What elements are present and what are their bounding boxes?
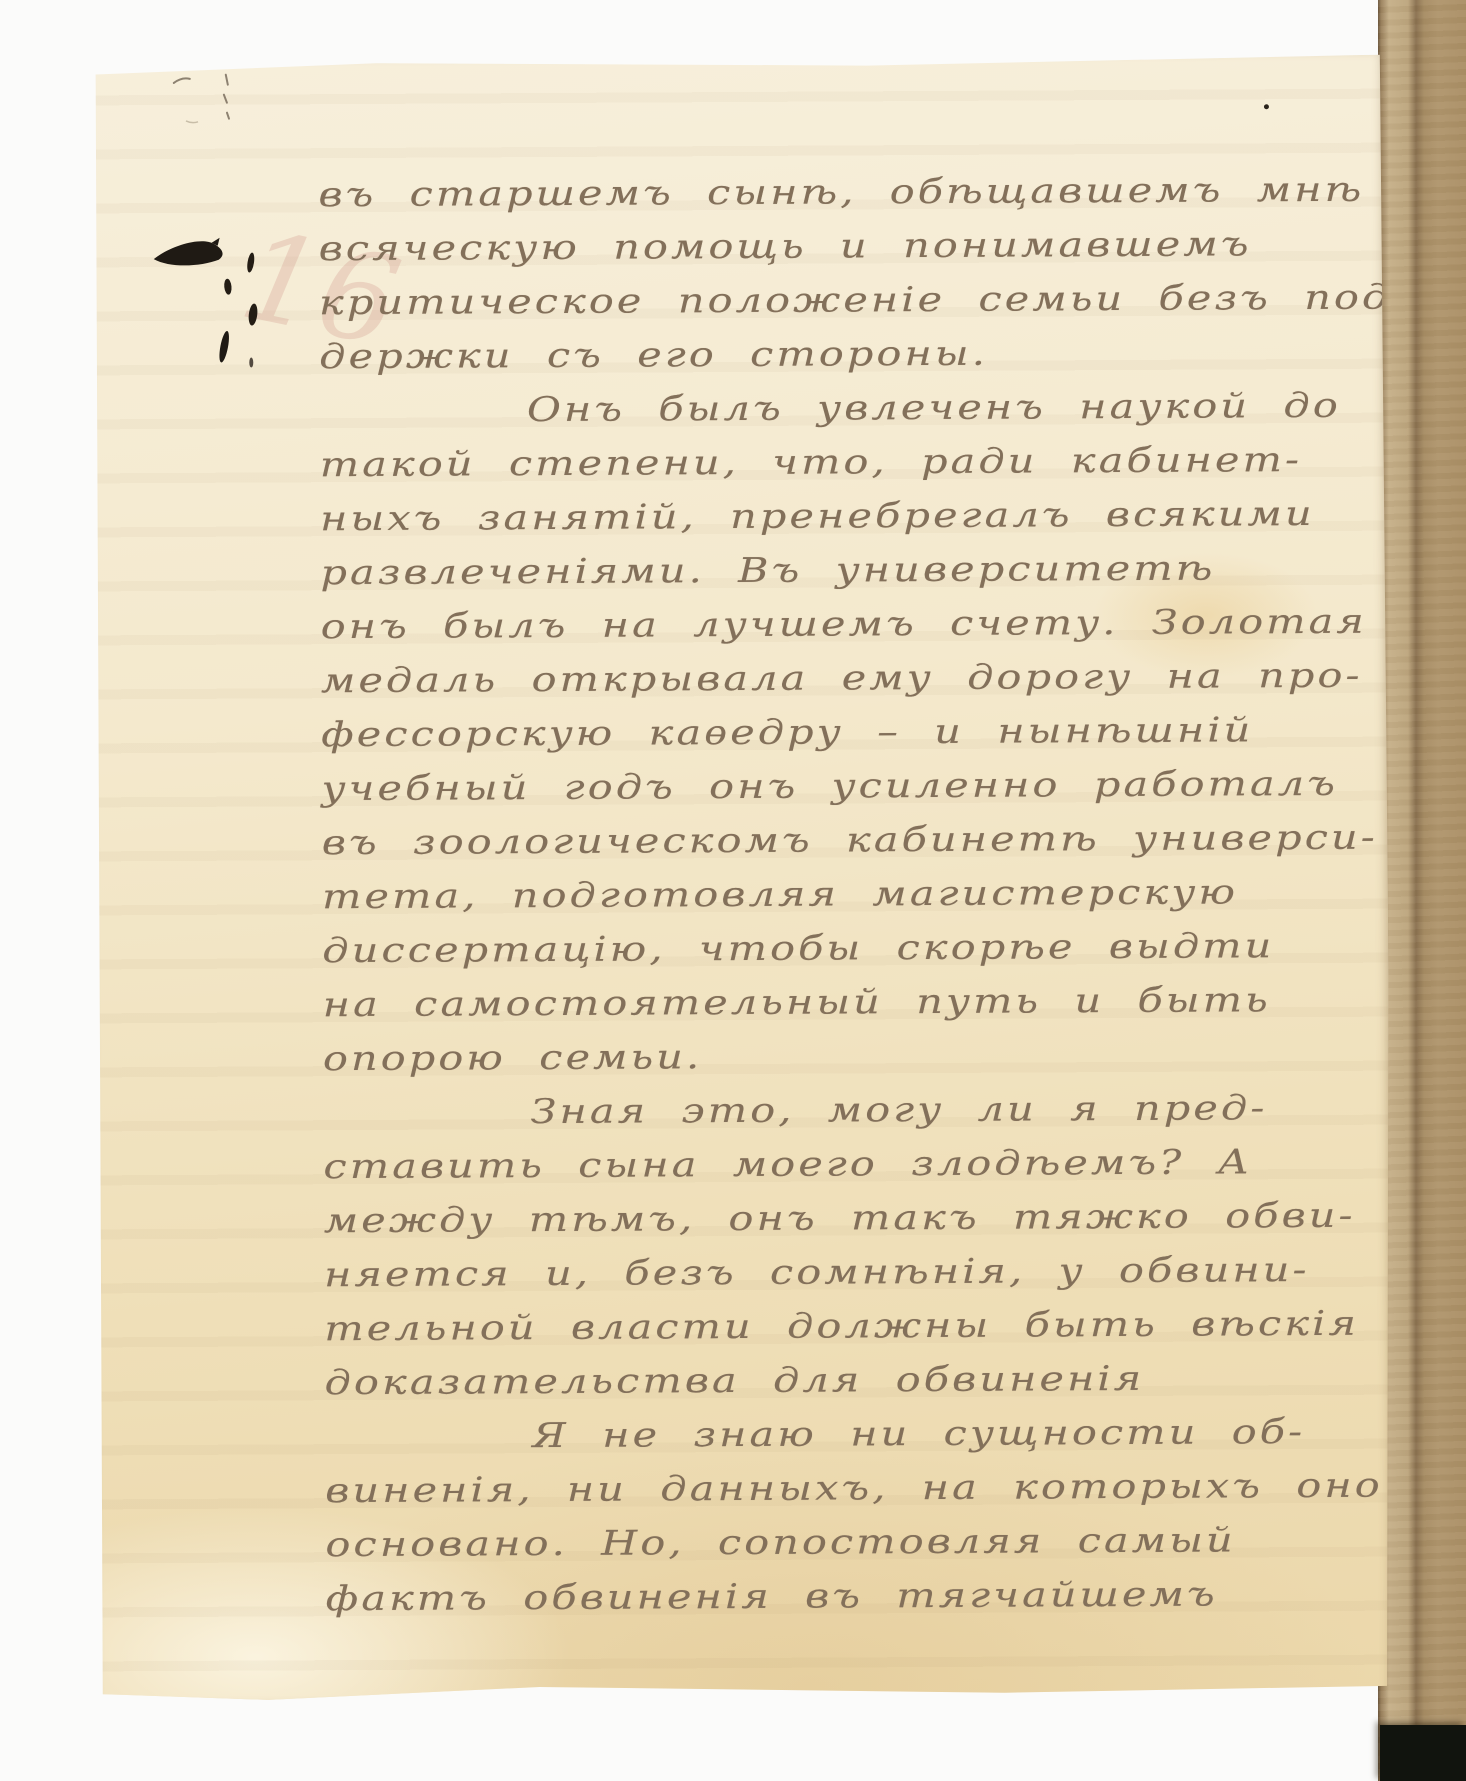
handwriting-line: тета, подготовляя магистерскую bbox=[322, 864, 1420, 924]
handwriting-line: няется и, безъ сомнѣнія, у обвини- bbox=[324, 1242, 1422, 1302]
handwriting-line: основано. Но, сопостовляя самый bbox=[325, 1512, 1423, 1572]
handwriting-line: развлеченіями. Въ университетѣ bbox=[320, 540, 1418, 600]
handwriting-line: въ зоологическомъ кабинетѣ универси- bbox=[322, 810, 1420, 870]
ink-blot bbox=[152, 234, 288, 385]
handwriting-line: фессорскую каѳедру – и нынѣшній bbox=[321, 702, 1419, 762]
handwriting-line: онъ былъ на лучшемъ счету. Золотая bbox=[321, 594, 1419, 654]
handwriting-line: держки съ его стороны. bbox=[319, 324, 1417, 384]
handwriting-line: между тѣмъ, онъ такъ тяжко обви- bbox=[324, 1188, 1422, 1248]
book-binding-strip bbox=[1378, 0, 1466, 1781]
handwriting-line: медаль открывала ему дорогу на про- bbox=[321, 648, 1419, 708]
dark-speck bbox=[1264, 104, 1269, 109]
handwriting-line: критическое положеніе семьи безъ под- bbox=[319, 270, 1417, 330]
handwriting-line: виненія, ни данныхъ, на которыхъ оно bbox=[325, 1458, 1423, 1518]
handwriting-line: всяческую помощь и понимавшемъ bbox=[319, 216, 1417, 276]
letter-page: 16 въ старшемъ сынѣ, обѣщавшемъ мнѣ всяч… bbox=[92, 55, 1393, 1708]
handwriting-line: Я не знаю ни сущности об- bbox=[325, 1404, 1423, 1464]
handwriting-line: диссертацію, чтобы скорѣе выдти bbox=[322, 918, 1420, 978]
handwritten-text-block: въ старшемъ сынѣ, обѣщавшемъ мнѣ всяческ… bbox=[318, 162, 1424, 1626]
handwriting-line: опорою семьи. bbox=[323, 1026, 1421, 1086]
paper-edge-marks bbox=[134, 68, 274, 139]
handwriting-line: на самостоятельный путь и быть bbox=[323, 972, 1421, 1032]
handwriting-line: учебный годъ онъ усиленно работалъ bbox=[321, 756, 1419, 816]
handwriting-line: Зная это, могу ли я пред- bbox=[323, 1080, 1421, 1140]
book-cover-edge bbox=[1380, 1725, 1466, 1781]
handwriting-line: Онъ былъ увлеченъ наукой до bbox=[319, 378, 1417, 438]
handwriting-line: доказательства для обвиненія bbox=[324, 1350, 1422, 1410]
handwriting-line: ныхъ занятій, пренебрегалъ всякими bbox=[320, 486, 1418, 546]
handwriting-line: фактъ обвиненія въ тягчайшемъ bbox=[326, 1566, 1424, 1626]
handwriting-line: тельной власти должны быть вѣскія bbox=[324, 1296, 1422, 1356]
scan-background: 16 въ старшемъ сынѣ, обѣщавшемъ мнѣ всяч… bbox=[0, 0, 1466, 1781]
handwriting-line: ставить сына моего злодѣемъ? А bbox=[323, 1134, 1421, 1194]
handwriting-line: въ старшемъ сынѣ, обѣщавшемъ мнѣ bbox=[318, 162, 1416, 222]
handwriting-line: такой степени, что, ради кабинет- bbox=[320, 432, 1418, 492]
